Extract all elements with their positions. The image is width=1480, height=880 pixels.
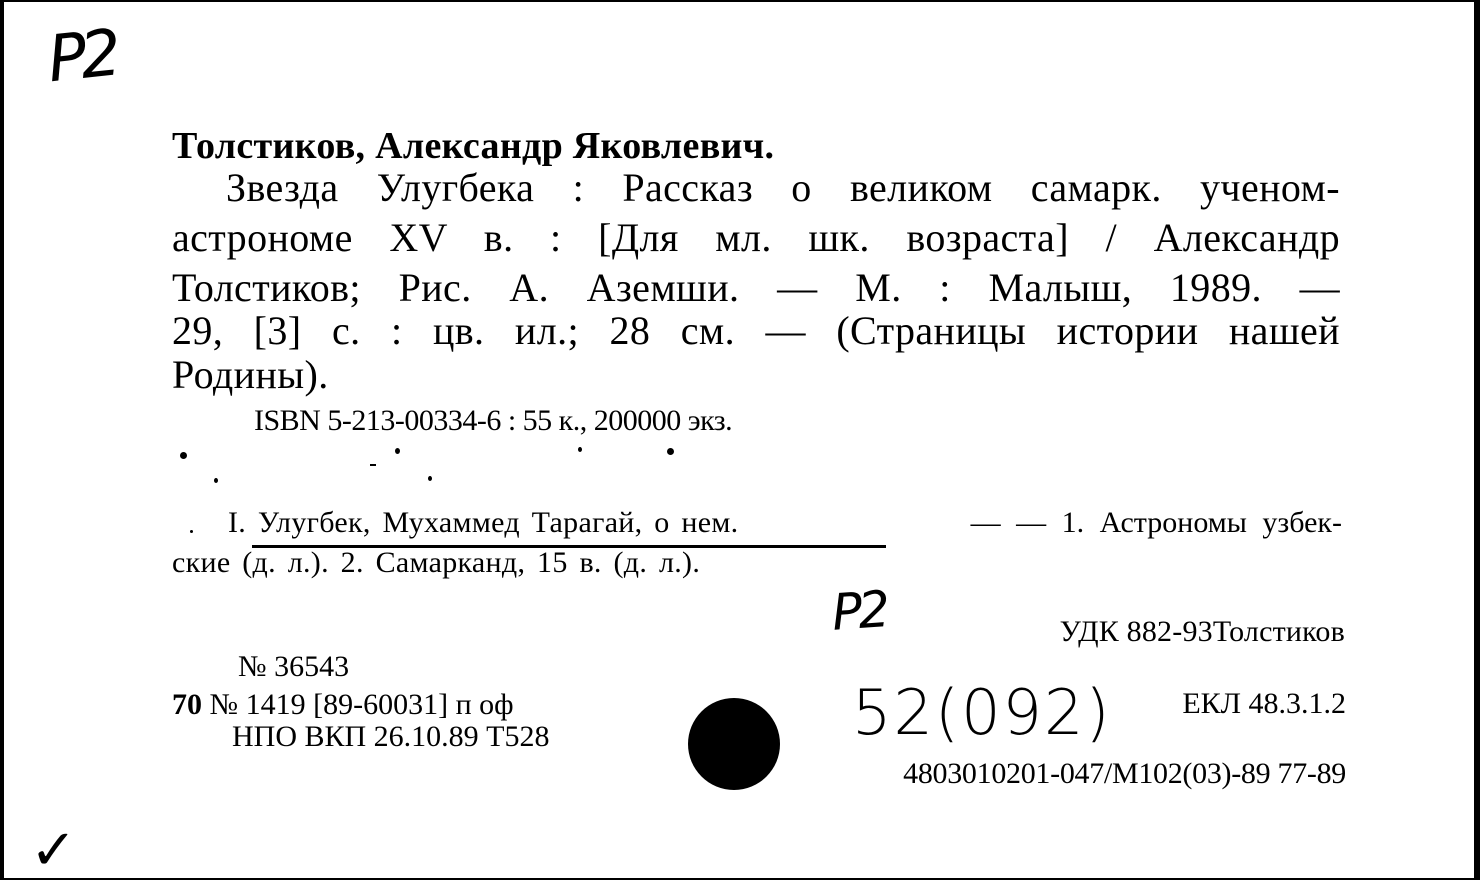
punch-hole bbox=[688, 698, 780, 790]
catalog-card: P2 Толстиков, Александр Яковлевич. Звезд… bbox=[0, 0, 1480, 880]
subject-heading-1-cont: — — 1. Астрономы узбек- bbox=[892, 506, 1342, 540]
ekl-index: ЕКЛ 48.3.1.2 bbox=[1138, 687, 1346, 721]
description-line-1: Звезда Улугбека : Рассказ о великом сама… bbox=[226, 164, 1340, 211]
subject-heading-1: I. Улугбек, Мухаммед Тарагай, о нем. bbox=[228, 506, 738, 540]
order-line-rest: № 1419 [89-60031] п оф bbox=[210, 688, 514, 721]
card-border-right bbox=[1474, 0, 1480, 880]
scan-speck bbox=[428, 476, 432, 481]
scan-speck bbox=[578, 447, 582, 452]
description-line-4: 29, [3] с. : цв. ил.; 28 см. — (Страницы… bbox=[172, 307, 1340, 354]
udk-index: УДК 882-93Толстиков bbox=[990, 615, 1345, 649]
description-line-2: астрономе XV в. : [Для мл. шк. возраста]… bbox=[172, 214, 1340, 261]
check-mark-icon: ✓ bbox=[30, 818, 77, 880]
scan-speck bbox=[180, 452, 187, 459]
scan-speck bbox=[395, 448, 400, 454]
subject-heading-2: ские (д. л.). 2. Самарканд, 15 в. (д. л.… bbox=[172, 546, 700, 580]
printer-line: НПО ВКП 26.10.89 Т528 bbox=[232, 720, 550, 754]
card-number: № 36543 bbox=[238, 650, 349, 684]
handwritten-mark-middle: P2 bbox=[830, 580, 888, 642]
scan-speck bbox=[667, 448, 674, 455]
description-line-3: Толстиков; Рис. А. Аземши. — М. : Малыш,… bbox=[172, 264, 1340, 311]
order-line: 70 № 1419 [89-60031] п оф bbox=[172, 688, 514, 722]
card-border-left bbox=[0, 0, 4, 880]
scan-speck bbox=[370, 464, 376, 466]
card-border-top bbox=[0, 0, 1480, 2]
publisher-code: 4803010201-047/М102(03)-89 77-89 bbox=[784, 757, 1346, 791]
scan-speck bbox=[190, 530, 193, 533]
author-heading: Толстиков, Александр Яковлевич. bbox=[172, 124, 774, 168]
scan-speck bbox=[214, 478, 218, 483]
handwritten-classification: 52(092) bbox=[852, 676, 1112, 749]
description-line-5: Родины). bbox=[172, 351, 329, 398]
order-line-prefix: 70 bbox=[172, 688, 202, 721]
handwritten-shelf-mark: P2 bbox=[44, 17, 119, 98]
isbn-line: ISBN 5-213-00334-6 : 55 к., 200000 экз. bbox=[254, 404, 732, 438]
